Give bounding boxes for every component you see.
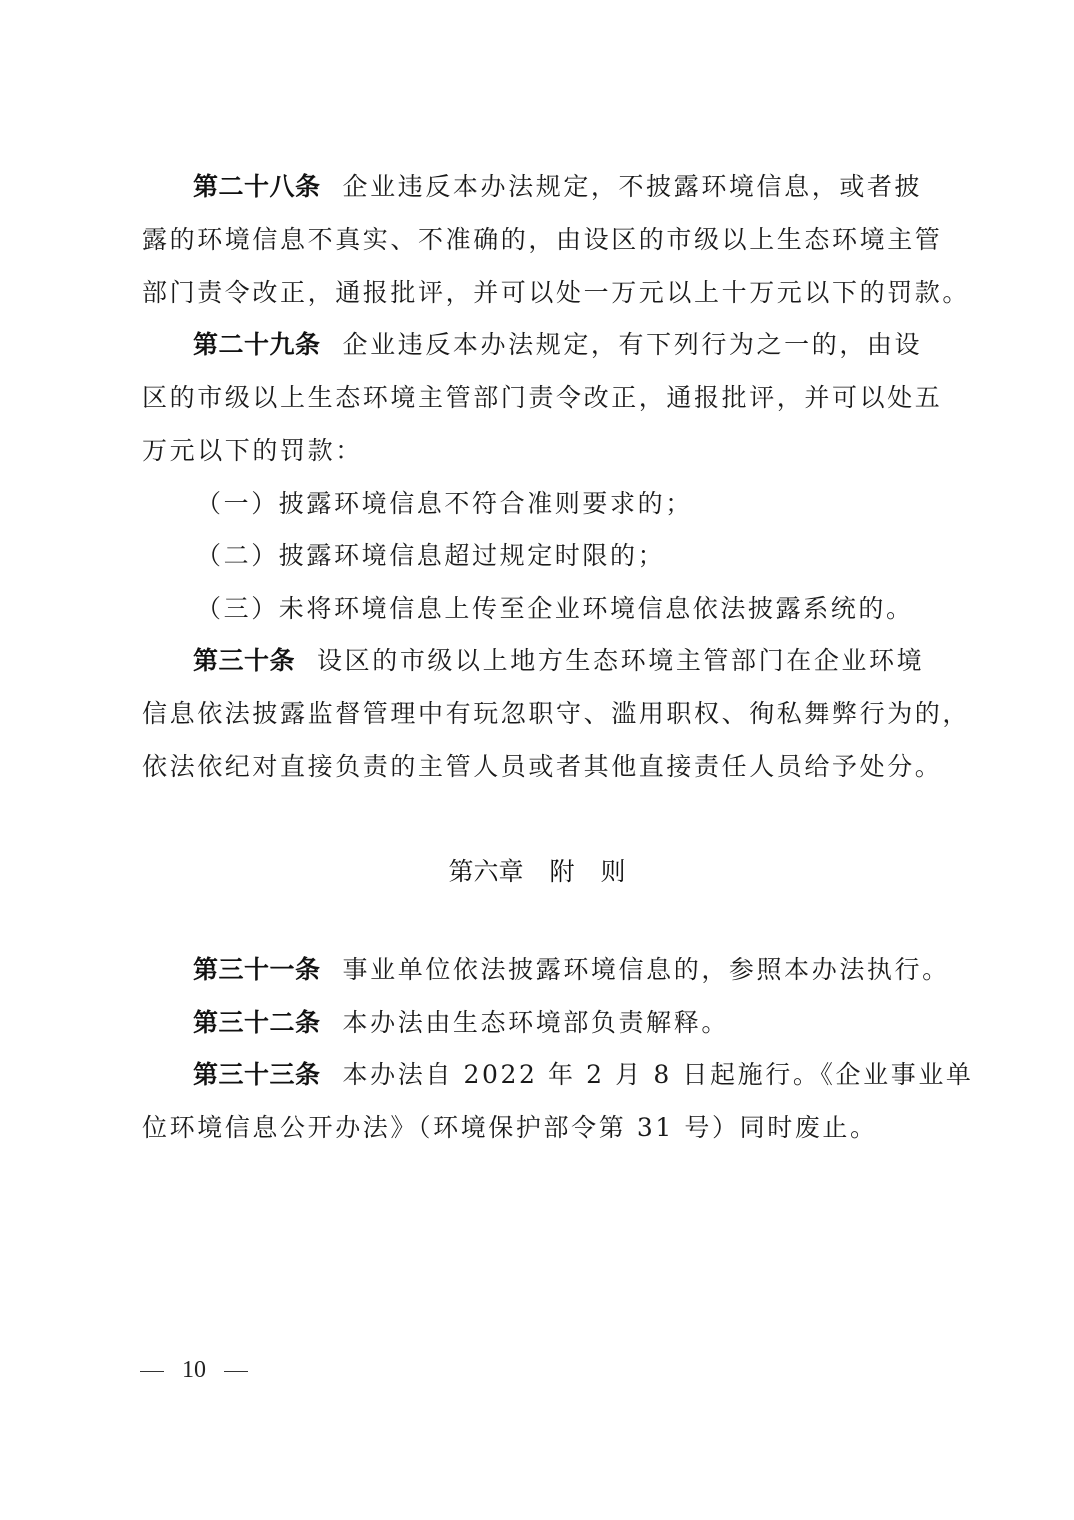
article-29-item-3: （三）未将环境信息上传至企业环境信息依法披露系统的。 xyxy=(196,594,996,624)
article-29-item-1: （一）披露环境信息不符合准则要求的； xyxy=(196,489,996,519)
dash-right xyxy=(224,1371,248,1372)
article-31-heading: 第三十一条 xyxy=(193,955,321,984)
document-page: 第二十八条企业违反本办法规定，不披露环境信息，或者披 露的环境信息不真实、不准确… xyxy=(0,0,1074,1520)
article-29-line-3: 万元以下的罚款： xyxy=(142,436,942,466)
article-30-line-3: 依法依纪对直接负责的主管人员或者其他直接责任人员给予处分。 xyxy=(142,752,942,782)
article-32-heading: 第三十二条 xyxy=(193,1008,321,1037)
article-28-line-2: 露的环境信息不真实、不准确的，由设区的市级以上生态环境主管 xyxy=(142,225,942,255)
page-number: 10 xyxy=(140,1356,248,1384)
article-33-line-2: 位环境信息公开办法》（环境保护部令第 31 号）同时废止。 xyxy=(142,1113,942,1143)
article-28-line-3: 部门责令改正，通报批评，并可以处一万元以上十万元以下的罚款。 xyxy=(142,278,942,308)
article-32-line-1: 第三十二条本办法由生态环境部负责解释。 xyxy=(193,1008,993,1038)
article-29-item-2: （二）披露环境信息超过规定时限的； xyxy=(196,541,996,571)
article-30-line-1: 第三十条设区的市级以上地方生态环境主管部门在企业环境 xyxy=(193,646,993,676)
article-28-line-1: 第二十八条企业违反本办法规定，不披露环境信息，或者披 xyxy=(193,172,993,202)
article-33-heading: 第三十三条 xyxy=(193,1060,321,1089)
article-29-line-1: 第二十九条企业违反本办法规定，有下列行为之一的，由设 xyxy=(193,330,993,360)
article-29-heading: 第二十九条 xyxy=(193,330,321,359)
article-33-line-1: 第三十三条本办法自 2022 年 2 月 8 日起施行。《企业事业单 xyxy=(193,1060,993,1090)
article-30-heading: 第三十条 xyxy=(193,646,295,675)
dash-left xyxy=(140,1371,164,1372)
article-30-line-2: 信息依法披露监督管理中有玩忽职守、滥用职权、徇私舞弊行为的， xyxy=(142,699,942,729)
article-28-heading: 第二十八条 xyxy=(193,172,321,201)
chapter-heading: 第六章附则 xyxy=(0,857,1074,887)
chapter-title-2: 则 xyxy=(601,857,626,886)
article-31-line-1: 第三十一条事业单位依法披露环境信息的，参照本办法执行。 xyxy=(193,955,993,985)
chapter-number: 第六章 xyxy=(448,857,523,886)
article-29-line-2: 区的市级以上生态环境主管部门责令改正，通报批评，并可以处五 xyxy=(142,383,942,413)
chapter-title-1: 附 xyxy=(549,857,574,886)
